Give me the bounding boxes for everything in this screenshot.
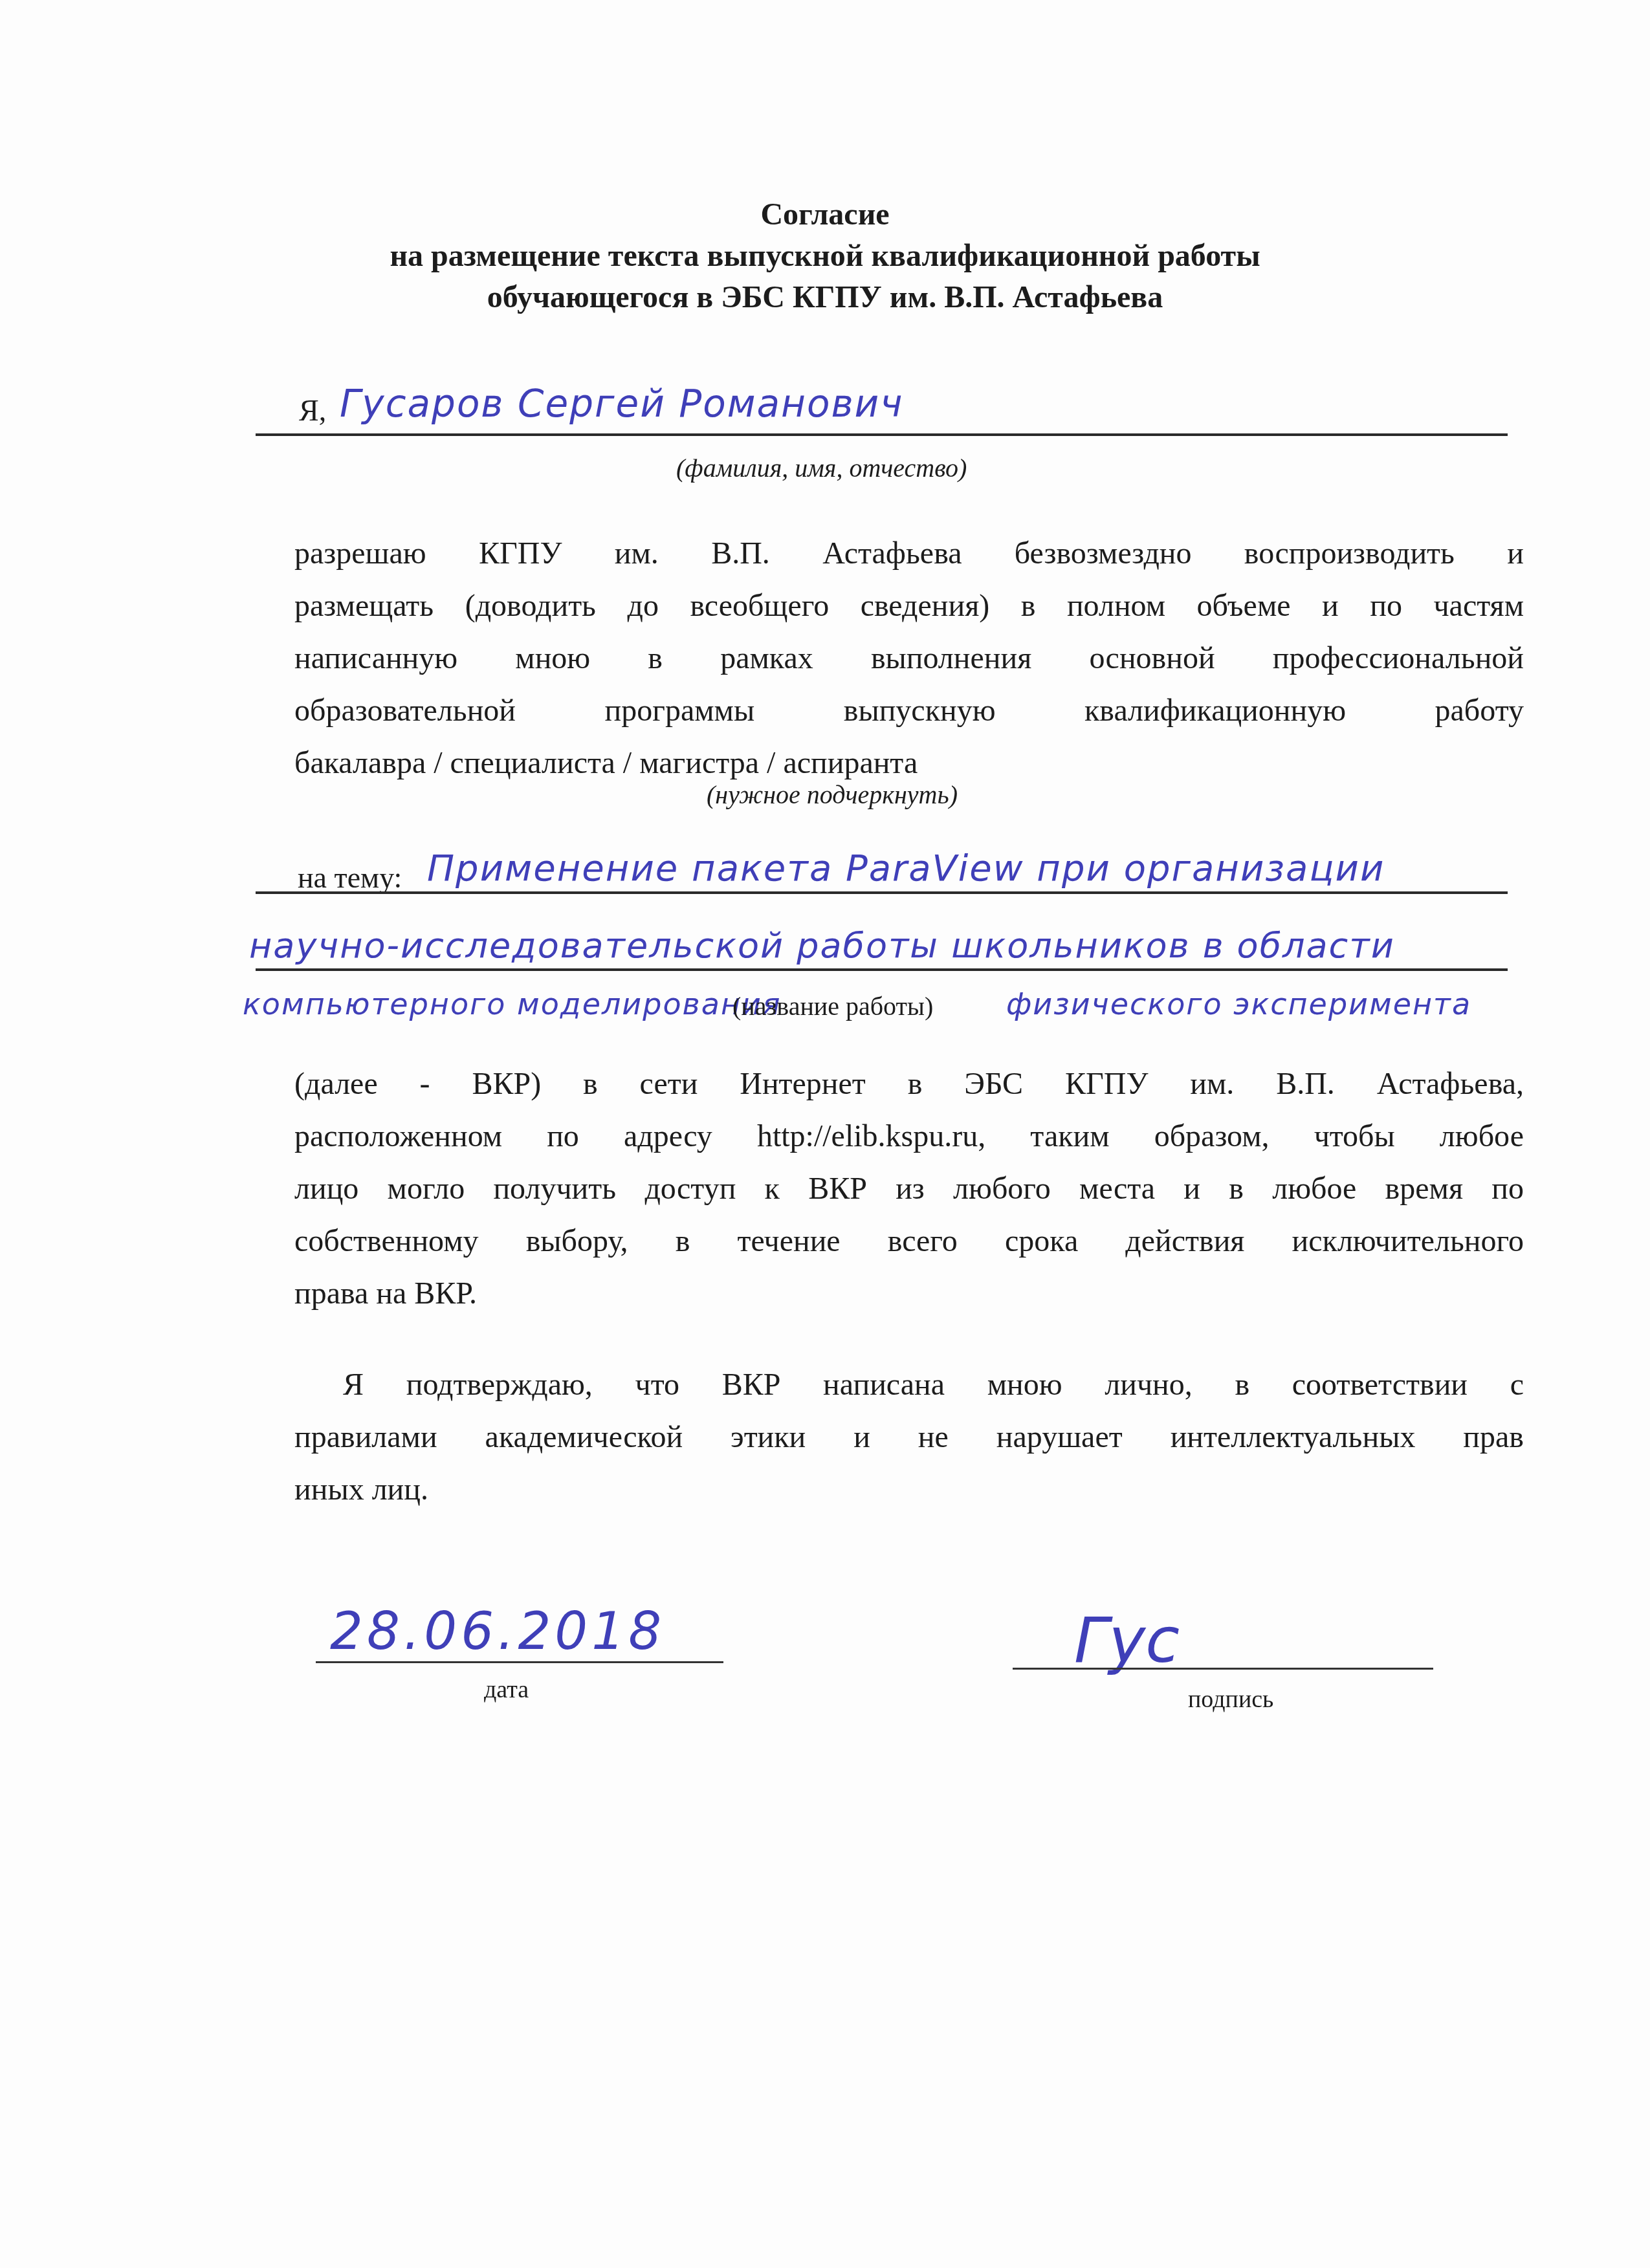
paragraph-line: иных лиц.	[294, 1463, 1524, 1516]
paragraph-line: образовательной программы выпускную квал…	[294, 684, 1524, 737]
topic-underline-1	[256, 891, 1508, 894]
topic-underline-2	[256, 968, 1508, 971]
topic-handwritten-line-3[interactable]: компьютерного моделирования	[243, 987, 782, 1021]
name-caption: (фамилия, имя, отчество)	[676, 453, 967, 483]
permission-paragraph: разрешаю КГПУ им. В.П. Астафьева безвозм…	[294, 527, 1524, 789]
paragraph-line: лицо могло получить доступ к ВКР из любо…	[294, 1162, 1524, 1215]
date-underline	[316, 1661, 723, 1663]
title-line-1: Согласие	[0, 194, 1650, 235]
name-handwritten-value[interactable]: Гусаров Сергей Романович	[340, 382, 904, 426]
paragraph-line: правилами академической этики и не наруш…	[294, 1411, 1524, 1463]
signature-handwritten[interactable]: Гус	[1074, 1604, 1180, 1677]
topic-handwritten-line-2[interactable]: научно-исследовательской работы школьник…	[249, 925, 1395, 966]
paragraph-line: (далее - ВКР) в сети Интернет в ЭБС КГПУ…	[294, 1058, 1524, 1110]
confirmation-paragraph: Я подтверждаю, что ВКР написана мною лич…	[294, 1358, 1524, 1516]
paragraph-line: Я подтверждаю, что ВКР написана мною лич…	[294, 1358, 1524, 1411]
document-title: Согласие на размещение текста выпускной …	[0, 194, 1650, 318]
topic-prefix: на тему:	[298, 860, 402, 895]
name-underline	[256, 433, 1508, 436]
publication-paragraph: (далее - ВКР) в сети Интернет в ЭБС КГПУ…	[294, 1058, 1524, 1320]
name-prefix: Я,	[299, 393, 326, 428]
paragraph-line: разрешаю КГПУ им. В.П. Астафьева безвозм…	[294, 527, 1524, 580]
paragraph-line: написанную мною в рамках выполнения осно…	[294, 632, 1524, 684]
underline-needed-caption: (нужное подчеркнуть)	[707, 780, 958, 810]
signature-label: подпись	[1188, 1685, 1273, 1714]
date-label: дата	[484, 1675, 529, 1704]
paragraph-line: размещать (доводить до всеобщего сведени…	[294, 580, 1524, 632]
topic-handwritten-line-4[interactable]: физического эксперимента	[1006, 987, 1471, 1021]
topic-handwritten-line-1[interactable]: Применение пакета ParaView при организац…	[427, 847, 1385, 889]
date-handwritten-value[interactable]: 28.06.2018	[330, 1601, 665, 1661]
paragraph-line: собственному выбору, в течение всего сро…	[294, 1215, 1524, 1267]
title-line-3: обучающегося в ЭБС КГПУ им. В.П. Астафье…	[0, 277, 1650, 318]
topic-caption: (название работы)	[732, 991, 933, 1021]
paragraph-line: права на ВКР.	[294, 1267, 1524, 1320]
paragraph-line: расположенном по адресу http://elib.kspu…	[294, 1110, 1524, 1162]
signature-underline	[1013, 1668, 1433, 1670]
title-line-2: на размещение текста выпускной квалифика…	[0, 235, 1650, 277]
